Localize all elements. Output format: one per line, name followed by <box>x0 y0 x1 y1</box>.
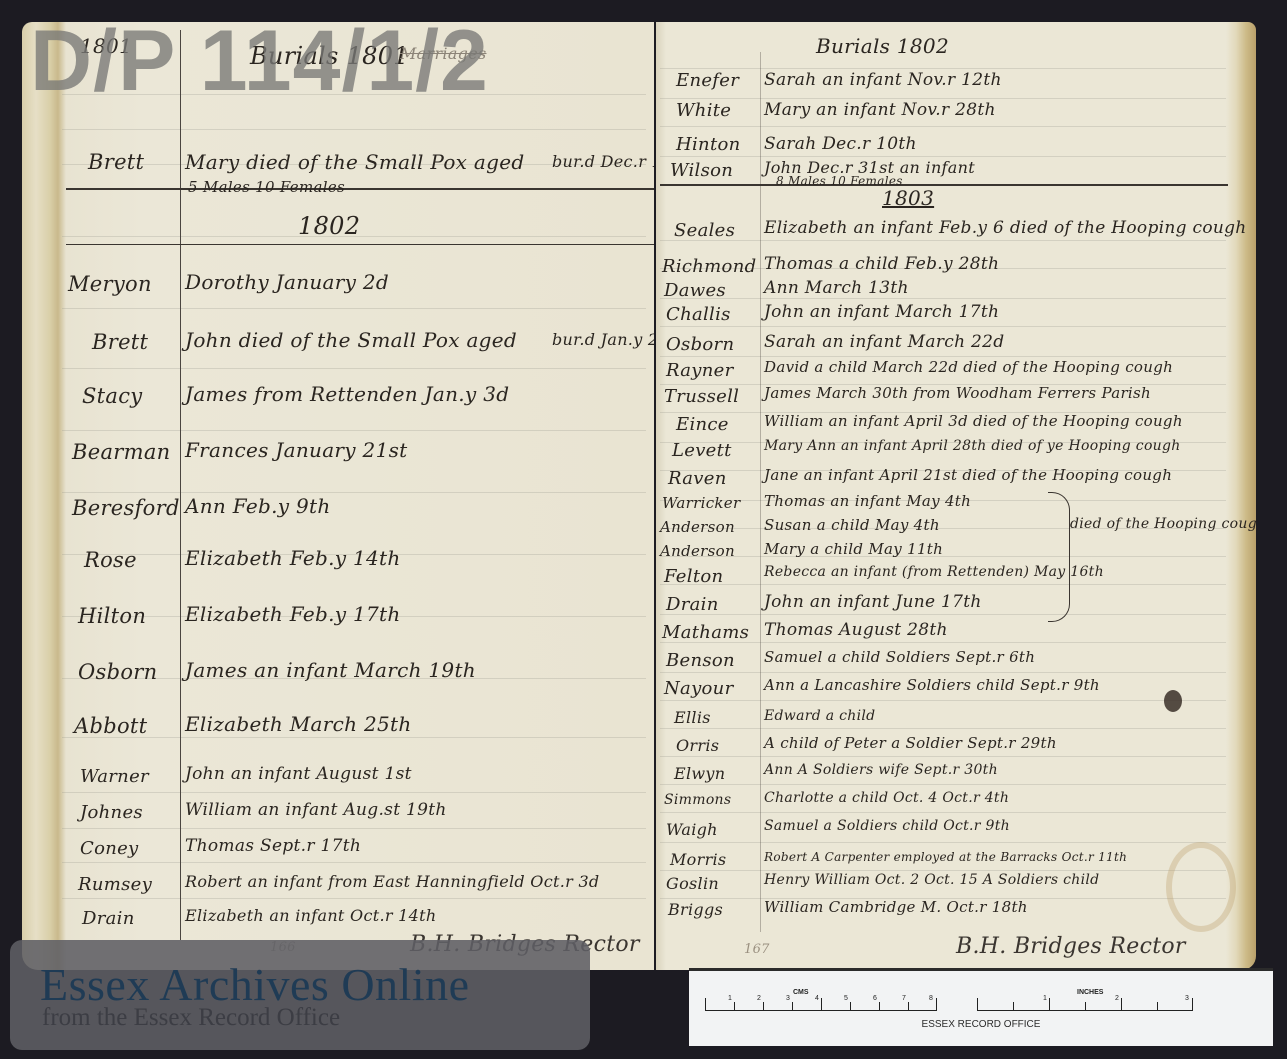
entry-surname: Seales <box>674 220 735 241</box>
entry-text: Sarah an infant Nov.r 12th <box>764 70 1002 90</box>
entry-surname: Eince <box>676 414 729 435</box>
entry-surname: Abbott <box>74 714 147 738</box>
page-number: 167 <box>744 942 770 957</box>
entry-surname: Wilson <box>670 160 733 181</box>
entry-text: Sarah Dec.r 10th <box>764 134 917 154</box>
entry-note: bur.d Jan.y 2d <box>552 330 654 349</box>
essex-archives-logo: Essex Archives Online from the Essex Rec… <box>10 940 590 1050</box>
entry-surname: Osborn <box>78 660 157 684</box>
entry-text: James March 30th from Woodham Ferrers Pa… <box>764 384 1151 402</box>
left-page: 1801 Burials 1801 Marriages Brett Mary d… <box>22 22 654 970</box>
entry-text: Elizabeth Feb.y 17th <box>185 602 401 626</box>
entry-surname: Nayour <box>664 678 734 699</box>
entry-surname: Beresford <box>72 496 180 520</box>
entry-text: Dorothy January 2d <box>185 270 389 294</box>
entry-surname: Coney <box>80 838 139 859</box>
ruler-office-label: ESSEX RECORD OFFICE <box>689 1019 1273 1030</box>
entry-surname: Ellis <box>674 708 711 727</box>
entry-text: Robert an infant from East Hanningfield … <box>185 872 599 891</box>
entry-text: Sarah an infant March 22d <box>764 332 1004 352</box>
brand-subtitle: from the Essex Record Office <box>42 1004 340 1032</box>
entry-text: Thomas an infant May 4th <box>764 492 971 510</box>
entry-text: Thomas August 28th <box>764 620 948 640</box>
entry-surname: Brett <box>88 150 144 174</box>
entry-text: Jane an infant April 21st died of the Ho… <box>764 466 1172 484</box>
open-register-book: 1801 Burials 1801 Marriages Brett Mary d… <box>22 14 1270 972</box>
entry-text: Mary a child May 11th <box>764 540 943 558</box>
entry-text: James from Rettenden Jan.y 3d <box>185 382 509 406</box>
entry-surname: Dawes <box>664 280 726 301</box>
right-page: Burials 1802 Enefer Sarah an infant Nov.… <box>656 22 1256 970</box>
entry-text: A child of Peter a Soldier Sept.r 29th <box>764 734 1057 752</box>
entry-text: Ann March 13th <box>764 278 909 298</box>
year-heading: 1803 <box>882 186 934 210</box>
entry-surname: Simmons <box>664 792 731 808</box>
entry-text: Elizabeth March 25th <box>185 712 412 736</box>
entry-surname: Rayner <box>666 360 734 381</box>
rector-signature: B.H. Bridges Rector <box>956 934 1186 959</box>
entry-surname: Waigh <box>666 820 718 839</box>
bracket-mark <box>1048 492 1070 622</box>
year-summary: 5 Males 10 Females <box>188 178 345 196</box>
entry-surname: Levett <box>672 440 732 461</box>
cm-scale: CMS 1 2 3 4 5 6 7 8 <box>705 997 937 1011</box>
cm-unit-label: CMS <box>793 989 809 996</box>
entry-text: Robert A Carpenter employed at the Barra… <box>764 850 1127 864</box>
entry-surname: Meryon <box>68 272 152 296</box>
entry-text: Ann Feb.y 9th <box>185 494 331 518</box>
entry-surname: Stacy <box>82 384 142 408</box>
entry-text: Samuel a child Soldiers Sept.r 6th <box>764 648 1035 666</box>
inch-unit-label: INCHES <box>1077 989 1103 996</box>
entry-text: Elizabeth an infant Oct.r 14th <box>185 906 436 925</box>
entry-surname: Challis <box>666 304 731 325</box>
entry-surname: Trussell <box>664 386 739 407</box>
entry-surname: Bearman <box>72 440 170 464</box>
entry-surname: Benson <box>666 650 735 671</box>
page-heading: Burials 1802 <box>816 34 949 58</box>
entry-surname: Warner <box>80 766 149 787</box>
entry-text: David a child March 22d died of the Hoop… <box>764 358 1173 376</box>
entry-text: John an infant June 17th <box>764 592 982 612</box>
inch-scale: INCHES 1 2 3 <box>977 997 1193 1011</box>
entry-surname: Rose <box>84 548 137 572</box>
entry-surname: Briggs <box>668 900 723 919</box>
entry-surname: Richmond <box>662 256 756 277</box>
entry-surname: Raven <box>668 468 727 489</box>
entry-surname: Morris <box>670 850 726 869</box>
entry-surname: Johnes <box>80 802 143 823</box>
entry-text: William Cambridge M. Oct.r 18th <box>764 898 1028 916</box>
entry-text: Samuel a Soldiers child Oct.r 9th <box>764 818 1010 834</box>
entry-surname: Hilton <box>78 604 146 628</box>
scale-ruler: CMS 1 2 3 4 5 6 7 8 INCHES 1 2 3 ESSEX R… <box>689 968 1273 1046</box>
entry-surname: Orris <box>676 736 719 755</box>
entry-text: Elizabeth an infant Feb.y 6 died of the … <box>764 218 1247 238</box>
entry-text: Ann a Lancashire Soldiers child Sept.r 9… <box>764 676 1100 694</box>
entry-text: James an infant March 19th <box>185 658 476 682</box>
entry-text: John an infant August 1st <box>185 764 412 784</box>
entry-surname: Felton <box>664 566 723 587</box>
year-heading: 1802 <box>298 212 360 240</box>
entry-text: Thomas a child Feb.y 28th <box>764 254 999 274</box>
entry-text: Henry William Oct. 2 Oct. 15 A Soldiers … <box>764 872 1099 888</box>
entry-surname: Goslin <box>666 874 719 893</box>
entry-surname: Brett <box>92 330 148 354</box>
entry-text: Frances January 21st <box>185 438 408 462</box>
entry-surname: Hinton <box>676 134 741 155</box>
entry-note: bur.d Dec.r 19th <box>552 152 654 171</box>
entry-surname: Rumsey <box>78 874 152 895</box>
entry-text: William an infant Aug.st 19th <box>185 800 447 820</box>
entry-surname: Drain <box>666 594 719 615</box>
entry-text: Mary died of the Small Pox aged <box>185 150 524 174</box>
entry-text: Ann A Soldiers wife Sept.r 30th <box>764 762 998 778</box>
entry-surname: Warricker <box>662 494 740 512</box>
entry-text: John died of the Small Pox aged <box>185 328 517 352</box>
entry-text: Mary Ann an infant April 28th died of ye… <box>764 438 1181 454</box>
entry-text: Thomas Sept.r 17th <box>185 836 361 856</box>
entry-text: Edward a child <box>764 708 875 724</box>
entry-text: John an infant March 17th <box>764 302 999 322</box>
entry-surname: Mathams <box>662 622 749 643</box>
entry-surname: Anderson <box>660 542 735 560</box>
reference-watermark: D/P 114/1/2 <box>30 18 489 104</box>
entry-text: Charlotte a child Oct. 4 Oct.r 4th <box>764 790 1009 806</box>
water-stain <box>1166 842 1236 932</box>
entry-text: William an infant April 3d died of the H… <box>764 412 1183 430</box>
entry-text: Susan a child May 4th <box>764 516 940 534</box>
ink-blot <box>1164 690 1182 712</box>
entry-surname: Anderson <box>660 518 735 536</box>
entry-surname: White <box>676 100 731 121</box>
bracket-note: died of the Hooping cough <box>1070 516 1256 532</box>
entry-text: Mary an infant Nov.r 28th <box>764 100 996 120</box>
entry-text: Elizabeth Feb.y 14th <box>185 546 401 570</box>
entry-surname: Drain <box>82 908 135 929</box>
entry-surname: Elwyn <box>674 764 725 783</box>
entry-surname: Enefer <box>676 70 739 91</box>
entry-surname: Osborn <box>666 334 734 355</box>
